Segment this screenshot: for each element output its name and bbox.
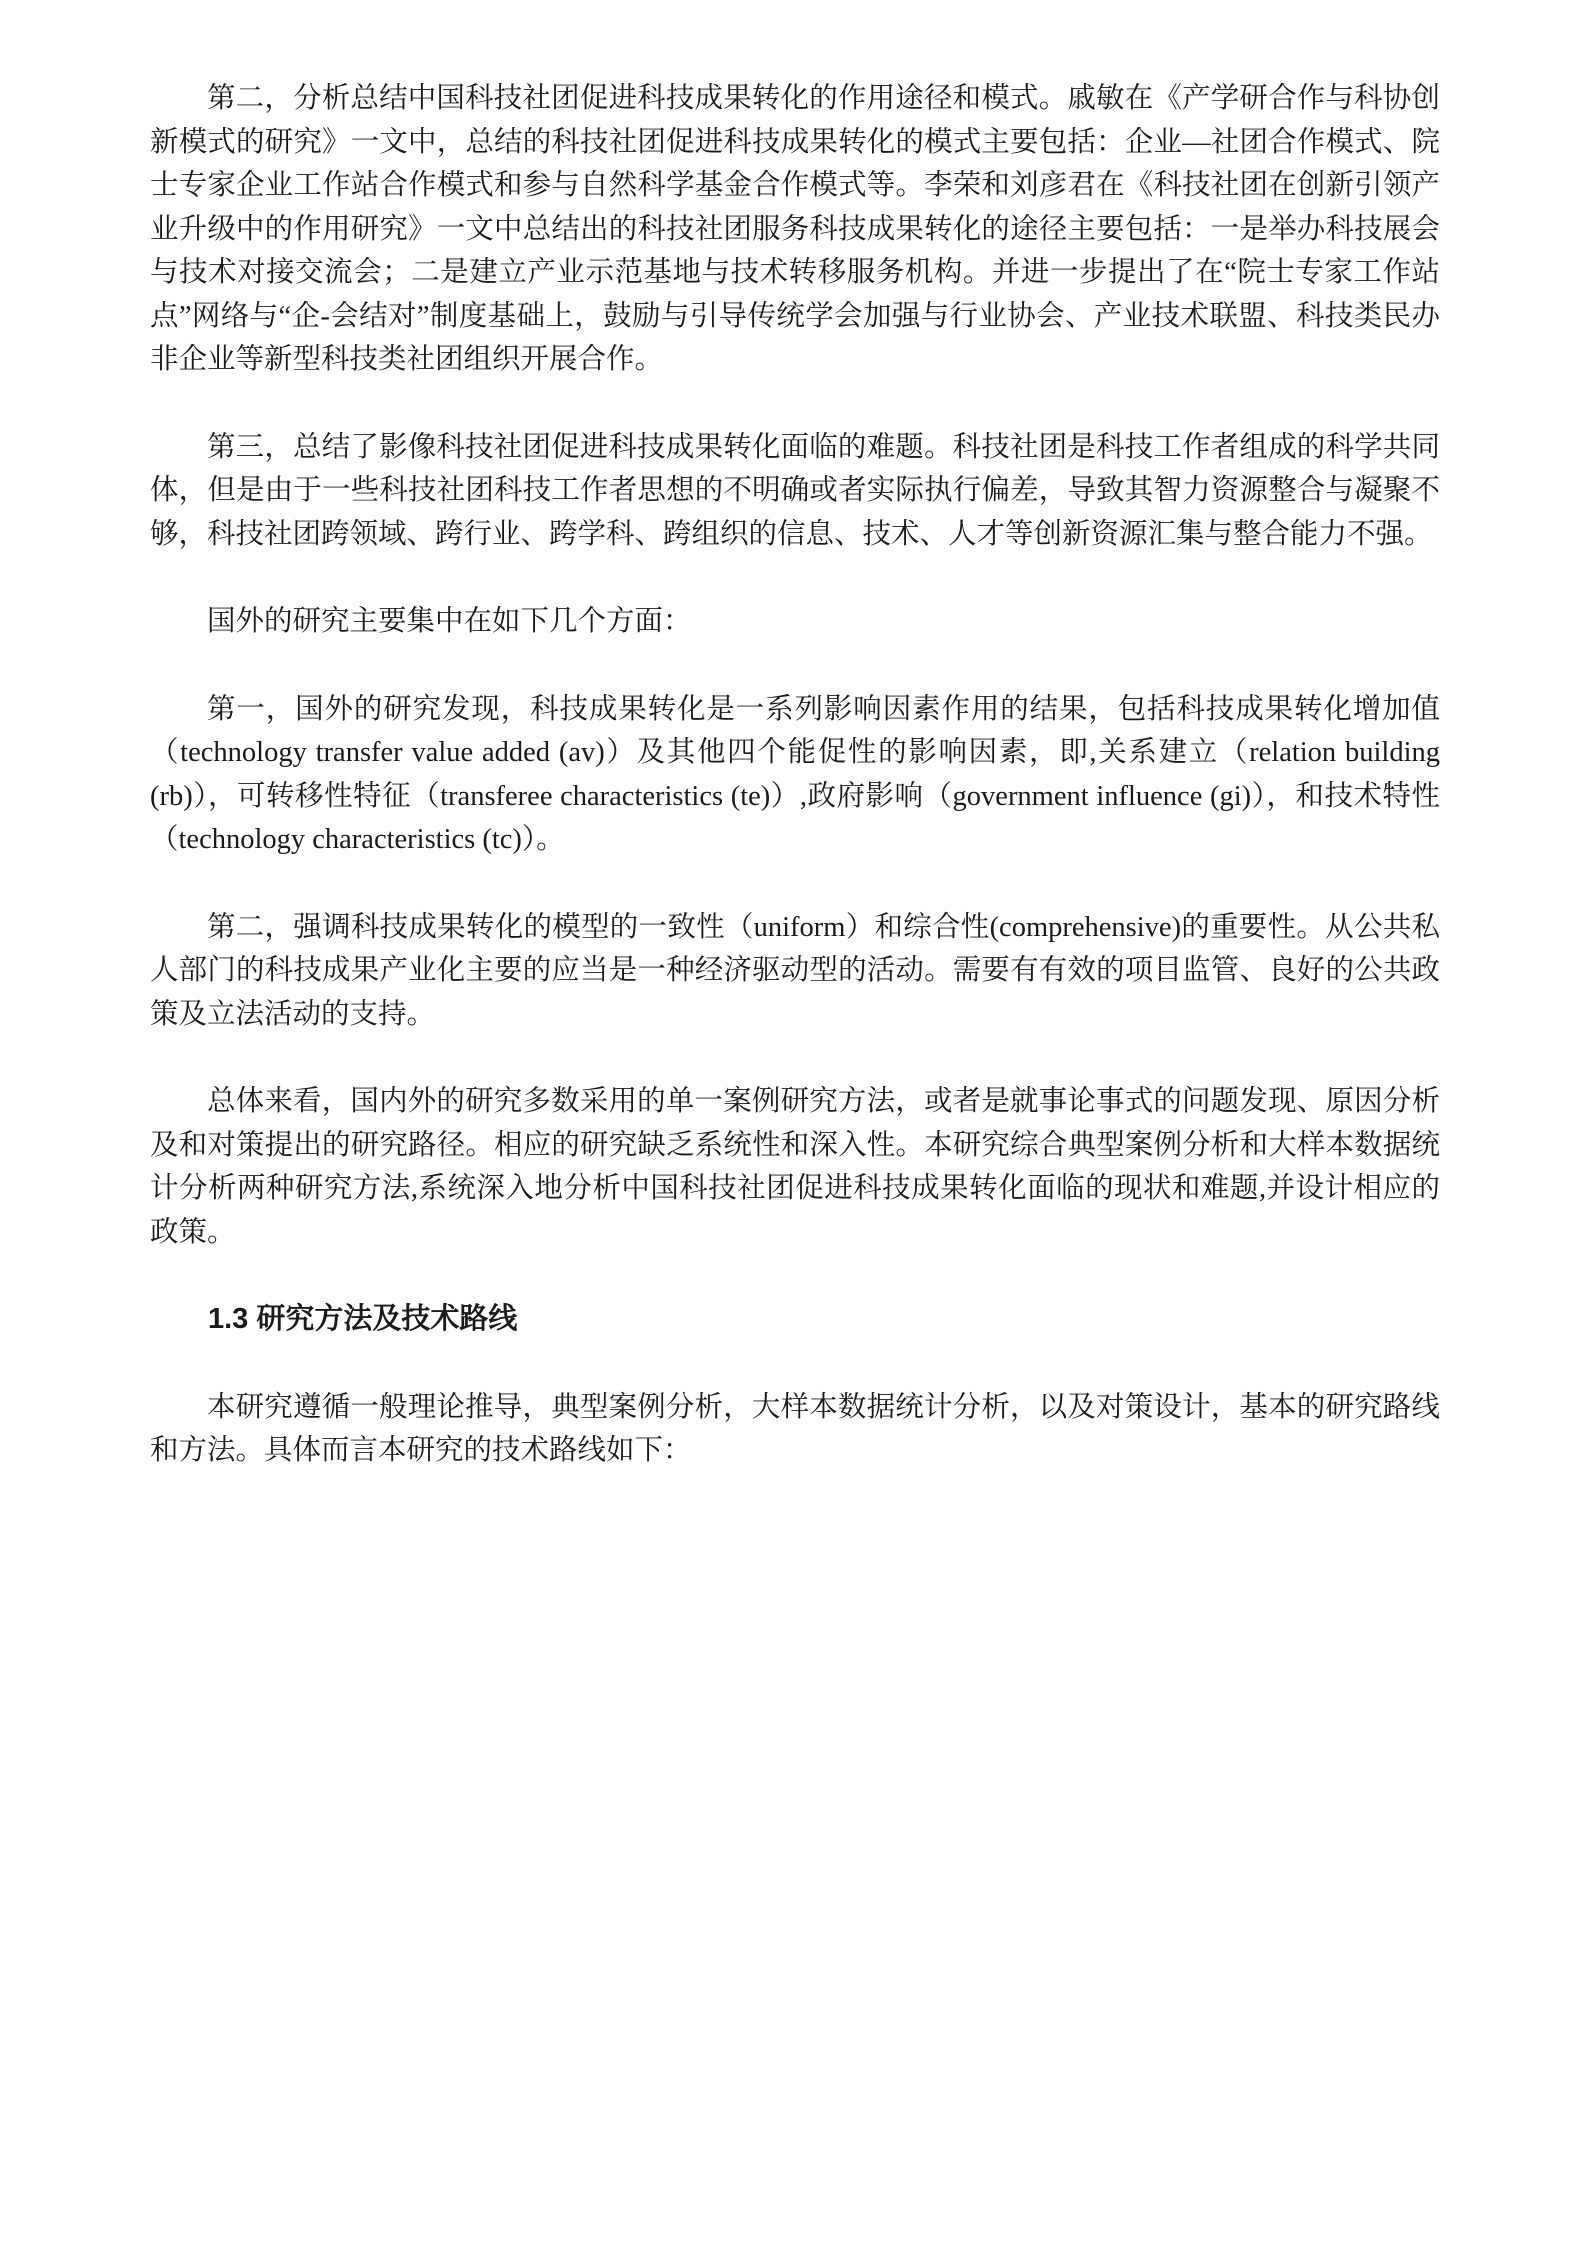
paragraph-di-san-difficulties: 第三，总结了影像科技社团促进科技成果转化面临的难题。科技社团是科技工作者组成的科…	[150, 426, 1440, 557]
document-page: 第二，分析总结中国科技社团促进科技成果转化的作用途径和模式。戚敏在《产学研合作与…	[0, 0, 1587, 2245]
paragraph-di-er-modes: 第二，分析总结中国科技社团促进科技成果转化的作用途径和模式。戚敏在《产学研合作与…	[150, 77, 1440, 382]
section-heading-1-3: 1.3 研究方法及技术路线	[150, 1298, 1440, 1342]
paragraph-foreign-research-intro: 国外的研究主要集中在如下几个方面：	[150, 600, 1440, 644]
paragraph-di-er-model: 第二，强调科技成果转化的模型的一致性（uniform）和综合性(comprehe…	[150, 906, 1440, 1037]
document-content: 第二，分析总结中国科技社团促进科技成果转化的作用途径和模式。戚敏在《产学研合作与…	[150, 77, 1440, 1517]
paragraph-research-route: 本研究遵循一般理论推导，典型案例分析，大样本数据统计分析，以及对策设计，基本的研…	[150, 1386, 1440, 1473]
paragraph-summary: 总体来看，国内外的研究多数采用的单一案例研究方法，或者是就事论事式的问题发现、原…	[150, 1080, 1440, 1254]
paragraph-di-yi-factors: 第一，国外的研究发现，科技成果转化是一系列影响因素作用的结果，包括科技成果转化增…	[150, 688, 1440, 862]
